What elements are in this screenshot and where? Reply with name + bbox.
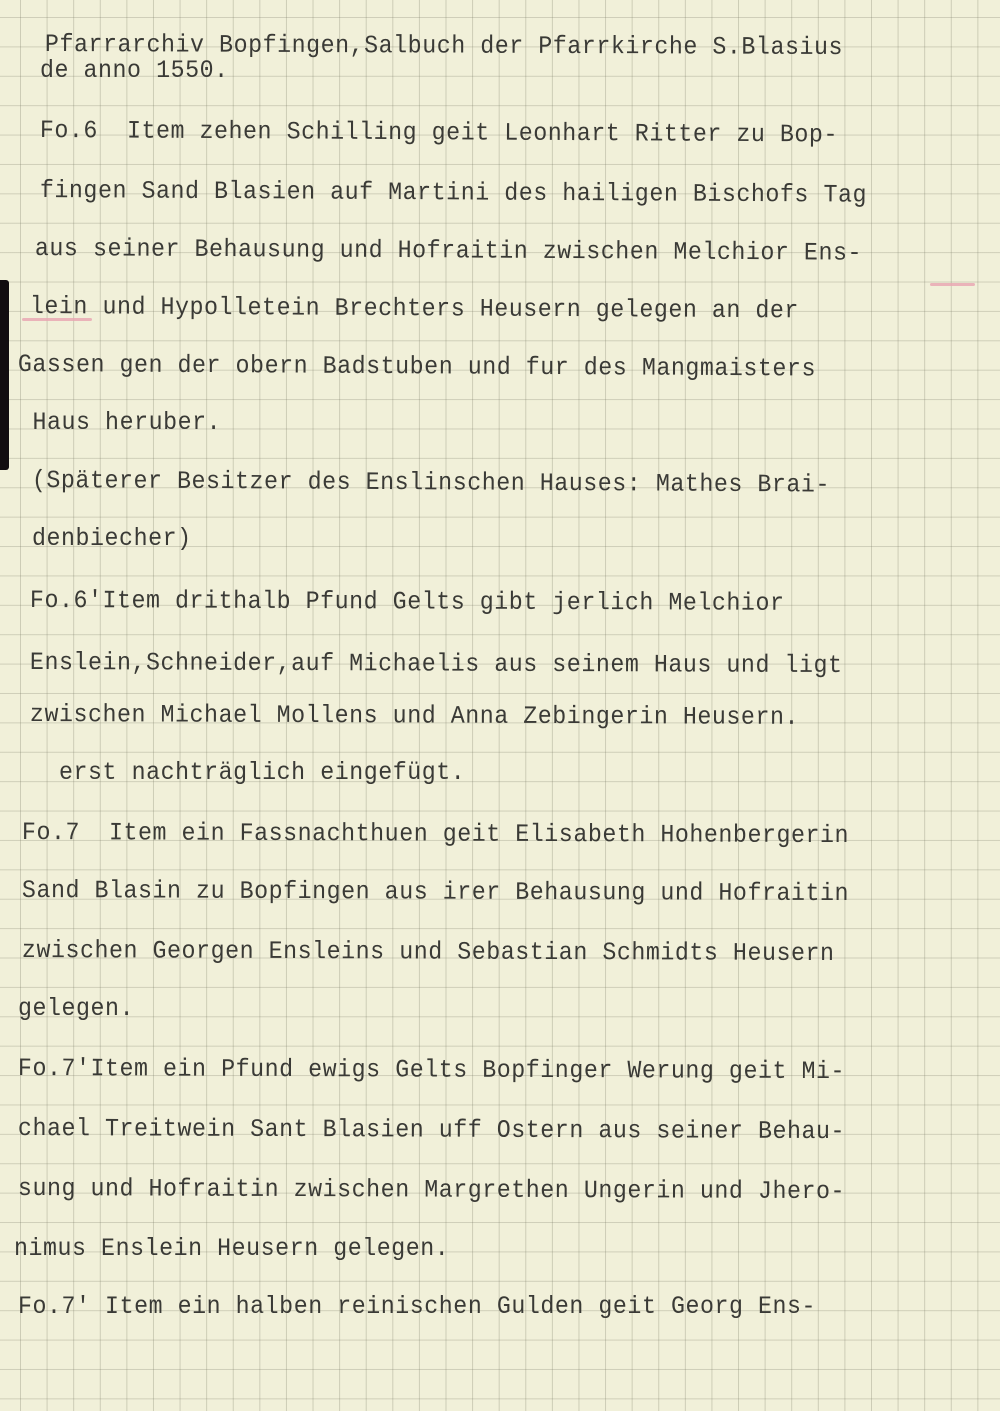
- entry-fo6b-line-2: Enslein,Schneider,auf Michaelis aus sein…: [30, 648, 843, 680]
- binding-edge: [0, 280, 9, 470]
- entry-fo6-line-2: fingen Sand Blasien auf Martini des hail…: [40, 176, 867, 210]
- red-underline-ens: [930, 283, 975, 286]
- entry-fo7c-line-1: Fo.7' Item ein halben reinischen Gulden …: [18, 1292, 816, 1321]
- entry-fo6b-note: erst nachträglich eingefügt.: [30, 758, 465, 787]
- entry-fo7b-line-3: sung und Hofraitin zwischen Margrethen U…: [18, 1174, 845, 1206]
- entry-fo7-line-4: gelegen.: [18, 994, 134, 1023]
- entry-fo7b-line-4: nimus Enslein Heusern gelegen.: [14, 1234, 449, 1263]
- entry-fo6b-line-3: zwischen Michael Mollens und Anna Zebing…: [30, 700, 799, 732]
- entry-fo7-line-1: Fo.7 Item ein Fassnachthuen geit Elisabe…: [22, 818, 849, 850]
- entry-fo6-note-line-1: (Späterer Besitzer des Enslinschen Hause…: [32, 466, 830, 499]
- entry-fo6-line-3: aus seiner Behausung und Hofraitin zwisc…: [35, 234, 862, 268]
- entry-fo6-line-5: Gassen gen der obern Badstuben und fur d…: [18, 350, 816, 383]
- header-line-2: de anno 1550.: [40, 56, 229, 85]
- entry-fo6-line-4: lein und Hypolletein Brechters Heusern g…: [30, 292, 799, 325]
- entry-fo7-line-3: zwischen Georgen Ensleins und Sebastian …: [22, 936, 835, 968]
- red-underline-lein: [22, 318, 92, 321]
- entry-fo6b-line-1: Fo.6'Item drithalb Pfund Gelts gibt jerl…: [30, 586, 785, 618]
- entry-fo6-note-line-2: denbiecher): [32, 524, 192, 553]
- entry-fo7b-line-2: chael Treitwein Sant Blasien uff Ostern …: [18, 1114, 845, 1146]
- entry-fo7-line-2: Sand Blasin zu Bopfingen aus irer Behaus…: [22, 876, 849, 908]
- entry-fo7b-line-1: Fo.7'Item ein Pfund ewigs Gelts Bopfinge…: [18, 1054, 845, 1086]
- entry-fo6-line-6: Haus heruber.: [18, 408, 221, 437]
- entry-fo6-line-1: Fo.6 Item zehen Schilling geit Leonhart …: [40, 116, 838, 149]
